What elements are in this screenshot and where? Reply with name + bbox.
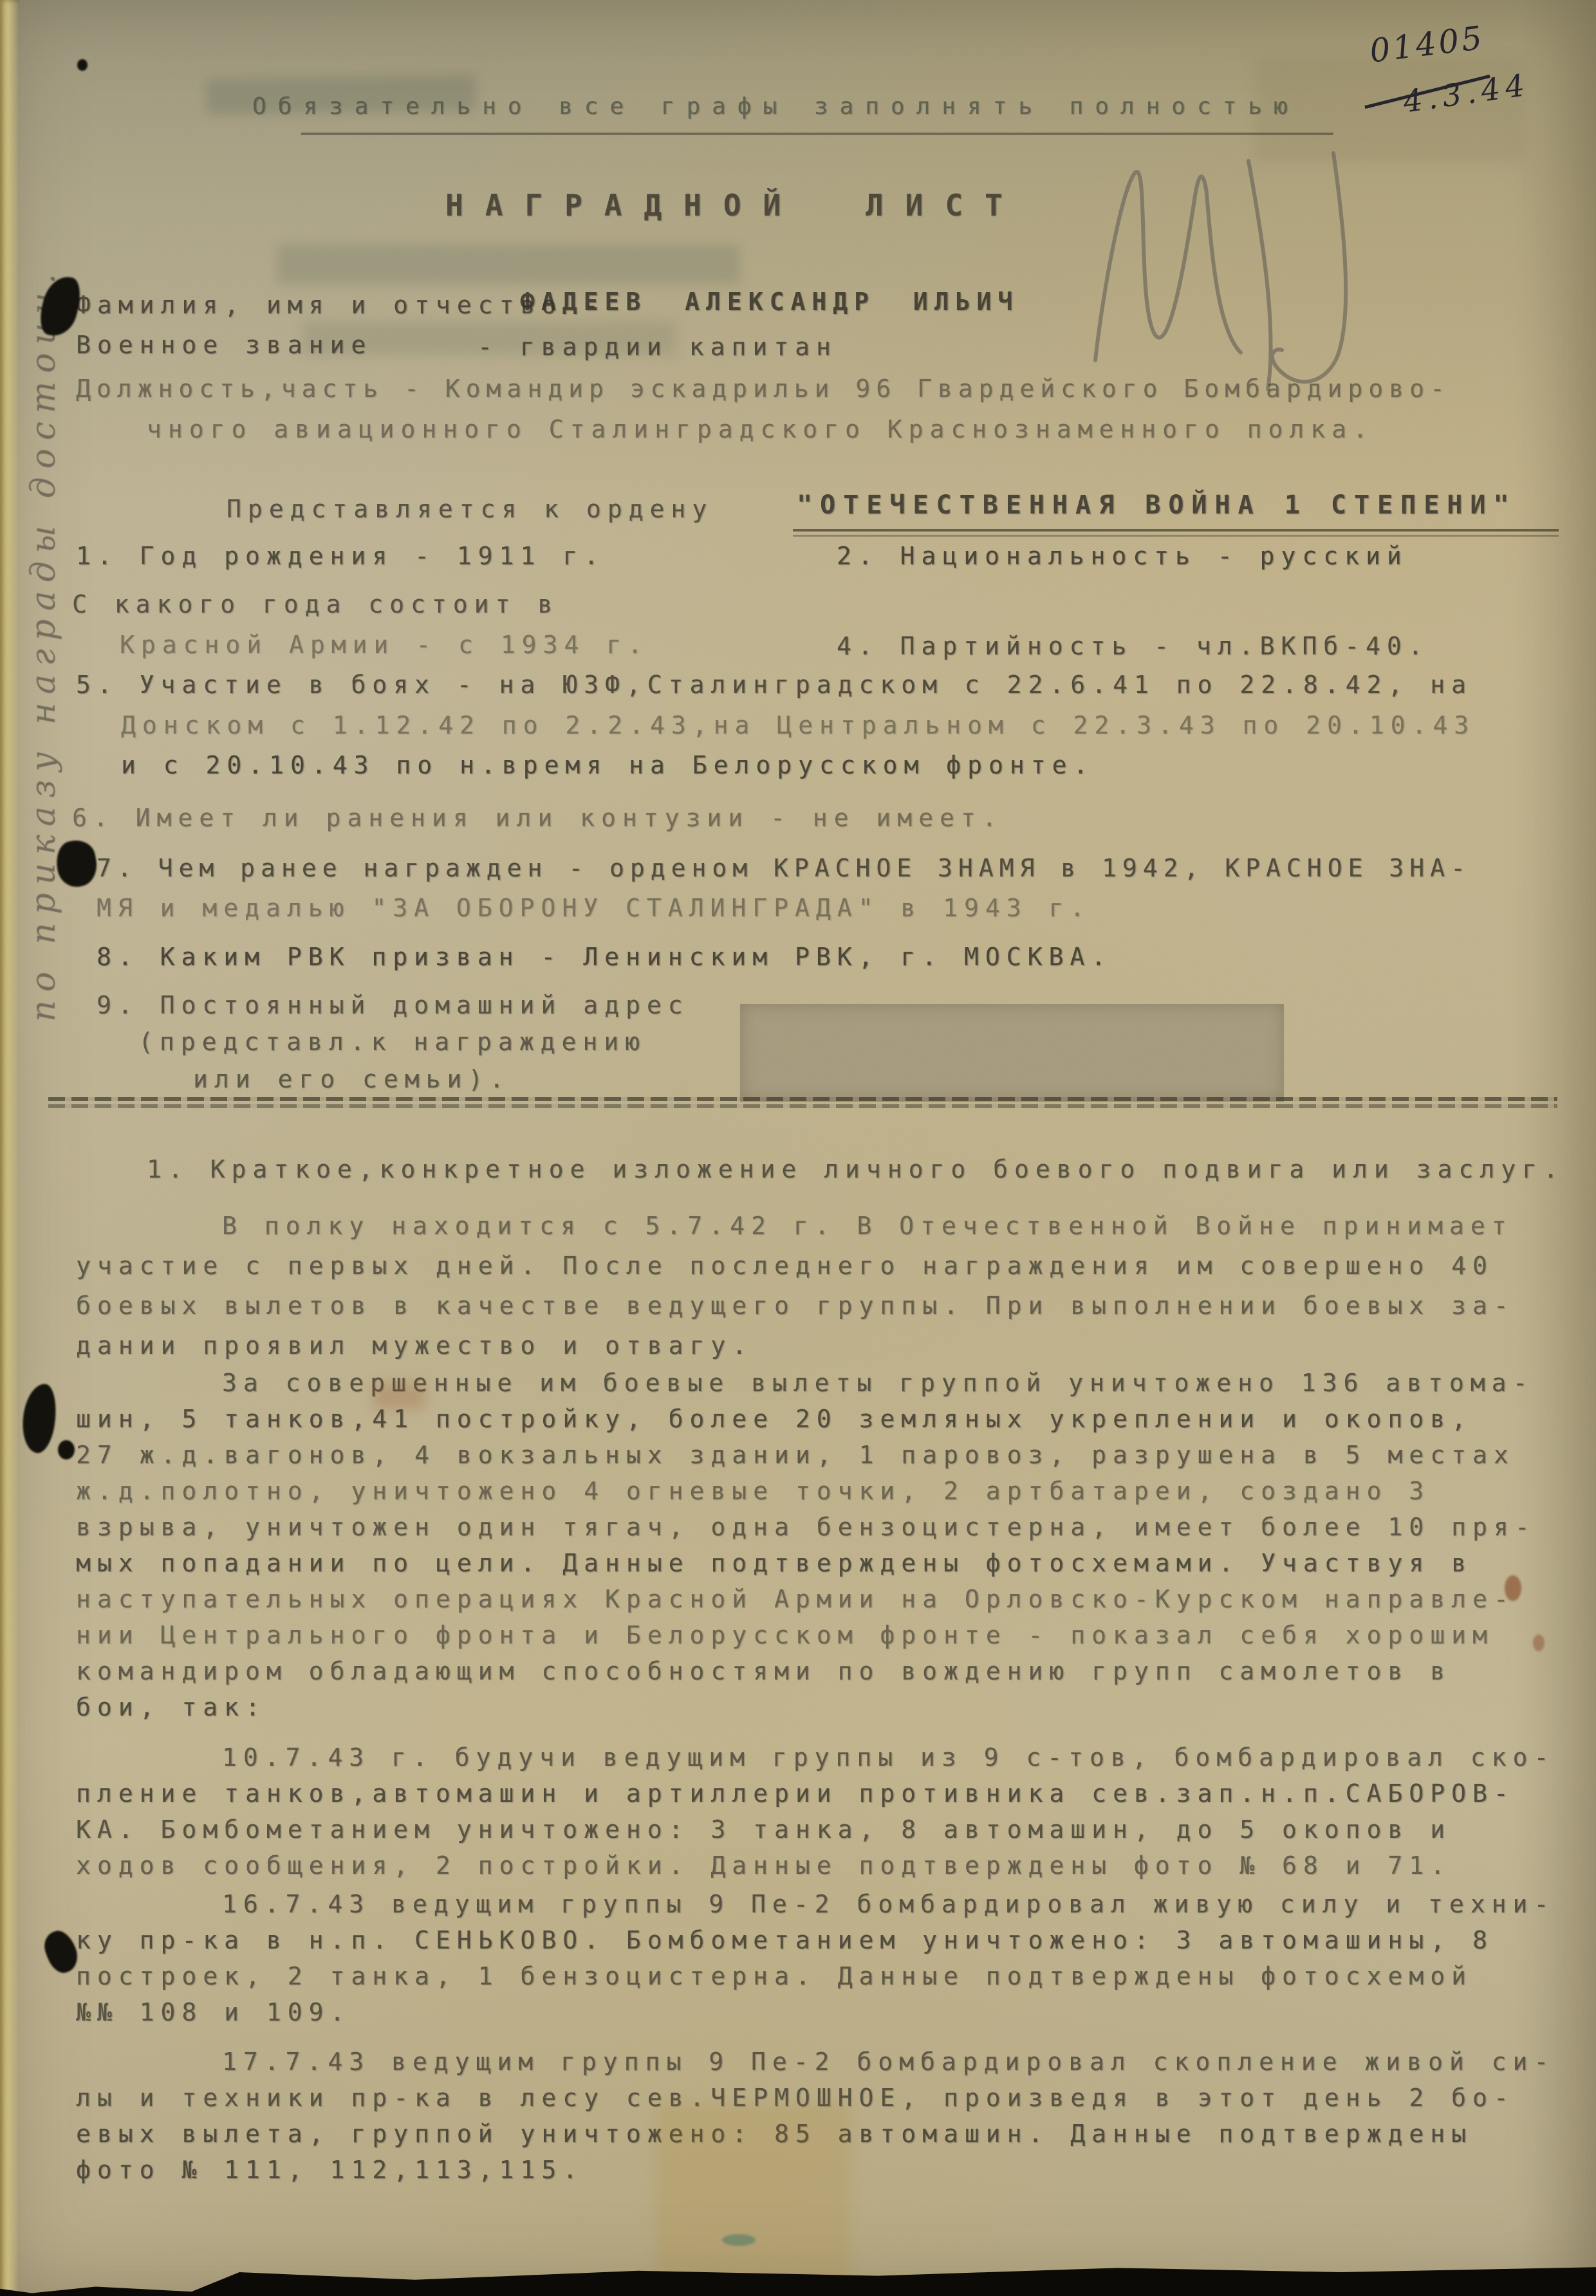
feat-para4-line1: 16.7.43 ведущим группы 9 Пе-2 бомбардиро…: [222, 1892, 1555, 1916]
feat-para2-line6: мых попадании по цели. Данные подтвержде…: [76, 1551, 1472, 1575]
award-underline: [793, 529, 1559, 532]
redacted-address-box: [740, 1004, 1284, 1102]
award-value: "ОТЕЧЕСТВЕННАЯ ВОЙНА 1 СТЕПЕНИ": [797, 492, 1517, 518]
feat-para5-line4: фото № 111, 112,113,115.: [76, 2158, 584, 2182]
position-line-1: Должность,часть - Командир эскадрильи 96…: [76, 376, 1451, 401]
paper-stain: [373, 1384, 425, 1409]
feat-para1-line1: В полку находится с 5.7.42 г. В Отечеств…: [222, 1214, 1513, 1238]
item-3-line-2: Красной Армии - с 1934 г.: [120, 633, 649, 657]
feat-para2-line5: взрыва, уничтожен один тягач, одна бензо…: [76, 1515, 1536, 1539]
feat-para4-line2: ку пр-ка в н.п. СЕНЬКОВО. Бомбометанием …: [76, 1928, 1494, 1952]
feat-para3-line3: КА. Бомбометанием уничтожено: 3 танка, 8…: [76, 1817, 1451, 1842]
feat-para5-line1: 17.7.43 ведущим группы 9 Пе-2 бомбардиро…: [222, 2050, 1555, 2074]
divider-line: [48, 1097, 1557, 1101]
item-9-line-1: 9. Постоянный домашний адрес: [97, 993, 689, 1017]
divider-line-2: [48, 1104, 1557, 1108]
feat-para2-line3: 27 ж.д.вагонов, 4 вокзальных здании, 1 п…: [76, 1443, 1515, 1467]
item-9-line-3: или его семьи).: [193, 1067, 510, 1091]
item-1: 1. Год рождения - 1911 г.: [76, 544, 605, 568]
instruction-underline: [301, 133, 1333, 135]
item-6: 6. Имеет ли ранения или контузии - не им…: [72, 806, 1003, 830]
document-title: НАГРАДНОЙ ЛИСТ: [445, 190, 1025, 220]
feat-para2-line2: шин, 5 танков,41 постройку, более 20 зем…: [76, 1407, 1472, 1431]
rust-speck: [1505, 1575, 1521, 1601]
feat-para2-line7: наступательных операциях Красной Армии н…: [76, 1587, 1515, 1611]
feat-para1-line2: участие с первых дней. После последнего …: [76, 1254, 1494, 1278]
paper-left-edge: [0, 0, 19, 2296]
item-4: 4. Партийность - чл.ВКПб-40.: [837, 634, 1429, 658]
feat-para1-line4: дании проявил мужество и отвагу.: [76, 1333, 753, 1358]
award-sheet-page: 01405 4.3.44 Обязательно все графы запол…: [0, 0, 1596, 2296]
scan-shading-right: [1519, 0, 1596, 2296]
feat-heading: 1. Краткое,конкретное изложение личного …: [147, 1157, 1564, 1181]
award-underline-2: [793, 535, 1559, 537]
feat-para2-line8: нии Центрального фронта и Белорусском фр…: [76, 1623, 1494, 1647]
item-3-line-1: С какого года состоит в: [72, 592, 559, 616]
feat-para4-line4: №№ 108 и 109.: [76, 2000, 351, 2024]
item-5-line-2: Донском с 1.12.42 по 2.2.43,на Центральн…: [121, 713, 1475, 737]
position-line-2: чного авиационного Сталинградского Красн…: [147, 417, 1374, 441]
ink-speck: [77, 59, 88, 71]
feat-para2-line10: бои, так:: [76, 1695, 266, 1719]
feat-para2-line9: командиром обладающим способностями по в…: [76, 1659, 1451, 1683]
bleed-through-smudge: [277, 245, 740, 284]
item-2: 2. Национальность - русский: [837, 544, 1408, 568]
rank-label: Военное звание: [76, 333, 372, 357]
item-5-line-3: и с 20.10.43 по н.время на Белорусском ф…: [121, 753, 1094, 777]
feat-para4-line3: построек, 2 танка, 1 бензоцистерна. Данн…: [76, 1964, 1472, 1988]
feat-para3-line4: ходов сообщения, 2 постройки. Данные под…: [76, 1853, 1451, 1878]
item-9-line-2: (представл.к награждению: [138, 1030, 646, 1054]
item-8: 8. Каким РВК призван - Ленинским РВК, г.…: [97, 945, 1112, 969]
award-label: Представляется к ордену: [227, 497, 713, 521]
paper-stain: [656, 2104, 849, 2291]
item-5-line-1: 5. Участие в боях - на ЮЗФ,Сталинградско…: [76, 672, 1472, 697]
rank-value: - гвардии капитан: [478, 335, 837, 359]
ink-blot: [19, 1382, 60, 1455]
item-7-line-1: 7. Чем ранее награжден - орденом КРАСНОЕ…: [97, 856, 1471, 880]
feat-para3-line1: 10.7.43 г. будучи ведущим группы из 9 с-…: [222, 1745, 1555, 1770]
feat-para3-line2: пление танков,автомашин и артиллерии про…: [76, 1781, 1515, 1806]
item-7-line-2: МЯ и медалью "ЗА ОБОРОНУ СТАЛИНГРАДА" в …: [97, 896, 1091, 920]
feat-para2-line4: ж.д.полотно, уничтожено 4 огневые точки,…: [76, 1479, 1430, 1503]
margin-note: по приказу награды достоин.: [24, 225, 66, 1062]
name-value: ФАДЕЕВ АЛЕКСАНДР ИЛЬИЧ: [520, 290, 1019, 314]
rust-speck: [1533, 1634, 1545, 1651]
ink-blot: [58, 1440, 75, 1459]
instruction-line: Обязательно все графы заполнять полность…: [252, 95, 1299, 118]
feat-para1-line3: боевых вылетов в качестве ведущего групп…: [76, 1293, 1515, 1318]
